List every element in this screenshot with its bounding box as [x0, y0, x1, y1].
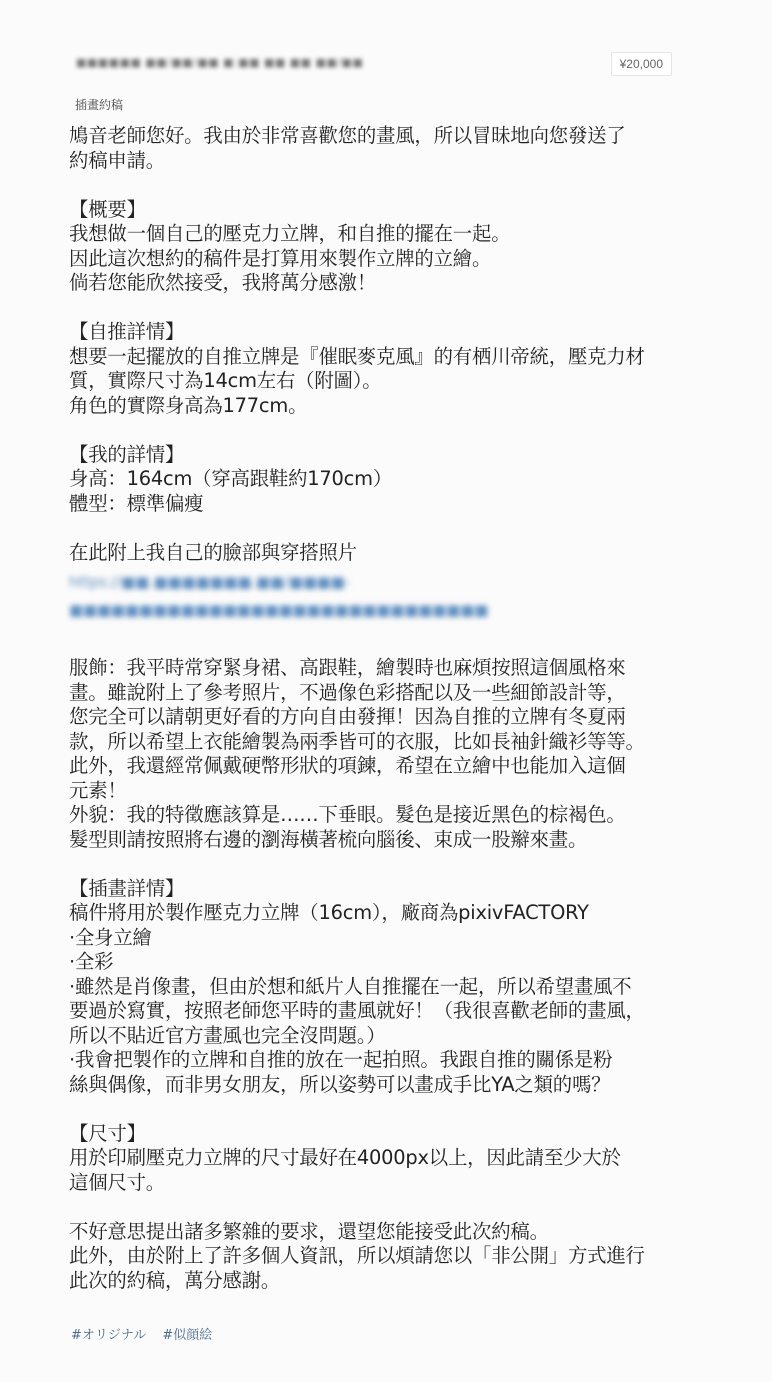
clothing-line: 此外，我還經常佩戴硬幣形狀的項鍊，希望在立繪中也能加入這個 [69, 754, 689, 779]
section-heading-oshi-details: 【自推詳情】 [69, 320, 689, 345]
overview-line: 因此這次想約的稿件是打算用來製作立牌的立繪。 [69, 247, 689, 272]
oshi-details-line: 角色的實際身高為177cm。 [69, 394, 689, 419]
photo-link-blurred[interactable]: https://■■.■■■■■■■.■■/■■■■- [69, 567, 689, 597]
tag-portrait[interactable]: #似顔絵 [162, 1328, 212, 1343]
appearance-line: 髮型則請按照將右邊的瀏海橫著梳向腦後、束成一股辮來畫。 [69, 828, 689, 853]
photo-link-blurred[interactable]: ■■■■■■■■■■■■■■■■■■■■■■■■■■■■■■ [69, 595, 689, 625]
category-label: 插畫約稿 [75, 96, 123, 113]
illustration-details-line: ·全身立繪 [69, 926, 689, 951]
clothing-line: 服飾：我平時常穿緊身裙、高跟鞋，繪製時也麻煩按照這個風格來 [69, 656, 689, 681]
size-line: 用於印刷壓克力立牌的尺寸最好在4000px以上，因此請至少大於 [69, 1146, 689, 1171]
price-badge: ¥20,000 [611, 52, 672, 76]
greeting-line: 鳩音老師您好。我由於非常喜歡您的畫風，所以冒昧地向您發送了 [69, 124, 689, 149]
closing-line: 此次的約稿，萬分感謝。 [69, 1269, 689, 1294]
oshi-details-line: 想要一起擺放的自推立牌是『催眠麥克風』的有栖川帝統，壓克力材 [69, 345, 689, 370]
illustration-details-line: 所以不貼近官方畫風也完全沒問題。） [69, 1024, 689, 1049]
closing-line: 此外，由於附上了許多個人資訊，所以煩請您以「非公開」方式進行 [69, 1244, 689, 1269]
request-meta-blurred: ■■■■■■ ■■/■■/■■ ■:■■ ■■ ■■ ■■/■■ [76, 56, 363, 69]
photo-intro-line: 在此附上我自己的臉部與穿搭照片 [69, 541, 689, 566]
illustration-details-line: 絲與偶像，而非男女朋友，所以姿勢可以畫成手比YA之類的嗎？ [69, 1073, 689, 1098]
overview-line: 倘若您能欣然接受，我將萬分感激！ [69, 271, 689, 296]
illustration-details-line: ·我會把製作的立牌和自推的放在一起拍照。我跟自推的關係是粉 [69, 1048, 689, 1073]
illustration-details-line: ·全彩 [69, 950, 689, 975]
commission-request-page: ■■■■■■ ■■/■■/■■ ■:■■ ■■ ■■ ■■/■■ ¥20,000… [0, 0, 772, 1382]
clothing-line: 元素！ [69, 779, 689, 804]
tag-list: #オリジナル #似顔絵 [71, 1324, 224, 1343]
tag-original[interactable]: #オリジナル [71, 1328, 146, 1343]
closing-line: 不好意思提出諸多繁雜的要求，還望您能接受此次約稿。 [69, 1220, 689, 1245]
appearance-line: 外貌：我的特徵應該算是……下垂眼。髮色是接近黑色的棕褐色。 [69, 803, 689, 828]
size-line: 這個尺寸。 [69, 1171, 689, 1196]
illustration-details-line: 稿件將用於製作壓克力立牌（16cm），廠商為pixivFACTORY [69, 901, 689, 926]
request-header: ■■■■■■ ■■/■■/■■ ■:■■ ■■ ■■ ■■/■■ ¥20,000 [74, 52, 672, 76]
section-heading-illustration-details: 【插畫詳情】 [69, 877, 689, 902]
section-heading-size: 【尺寸】 [69, 1122, 689, 1147]
illustration-details-line: ·雖然是肖像畫，但由於想和紙片人自推擺在一起，所以希望畫風不 [69, 975, 689, 1000]
request-body: 鳩音老師您好。我由於非常喜歡您的畫風，所以冒昧地向您發送了 約稿申請。 【概要】… [69, 124, 689, 1293]
illustration-details-line: 要過於寫實，按照老師您平時的畫風就好！（我很喜歡老師的畫風， [69, 999, 689, 1024]
oshi-details-line: 質，實際尺寸為14cm左右（附圖）。 [69, 369, 689, 394]
greeting-line: 約稿申請。 [69, 149, 689, 174]
section-heading-overview: 【概要】 [69, 198, 689, 223]
clothing-line: 款，所以希望上衣能繪製為兩季皆可的衣服，比如長袖針織衫等等。 [69, 730, 689, 755]
clothing-line: 畫。雖說附上了參考照片，不過像色彩搭配以及一些細節設計等， [69, 681, 689, 706]
my-details-line: 體型：標準偏瘦 [69, 492, 689, 517]
overview-line: 我想做一個自己的壓克力立牌，和自推的擺在一起。 [69, 222, 689, 247]
clothing-line: 您完全可以請朝更好看的方向自由發揮！因為自推的立牌有冬夏兩 [69, 705, 689, 730]
my-details-line: 身高：164cm（穿高跟鞋約170cm） [69, 467, 689, 492]
section-heading-my-details: 【我的詳情】 [69, 443, 689, 468]
